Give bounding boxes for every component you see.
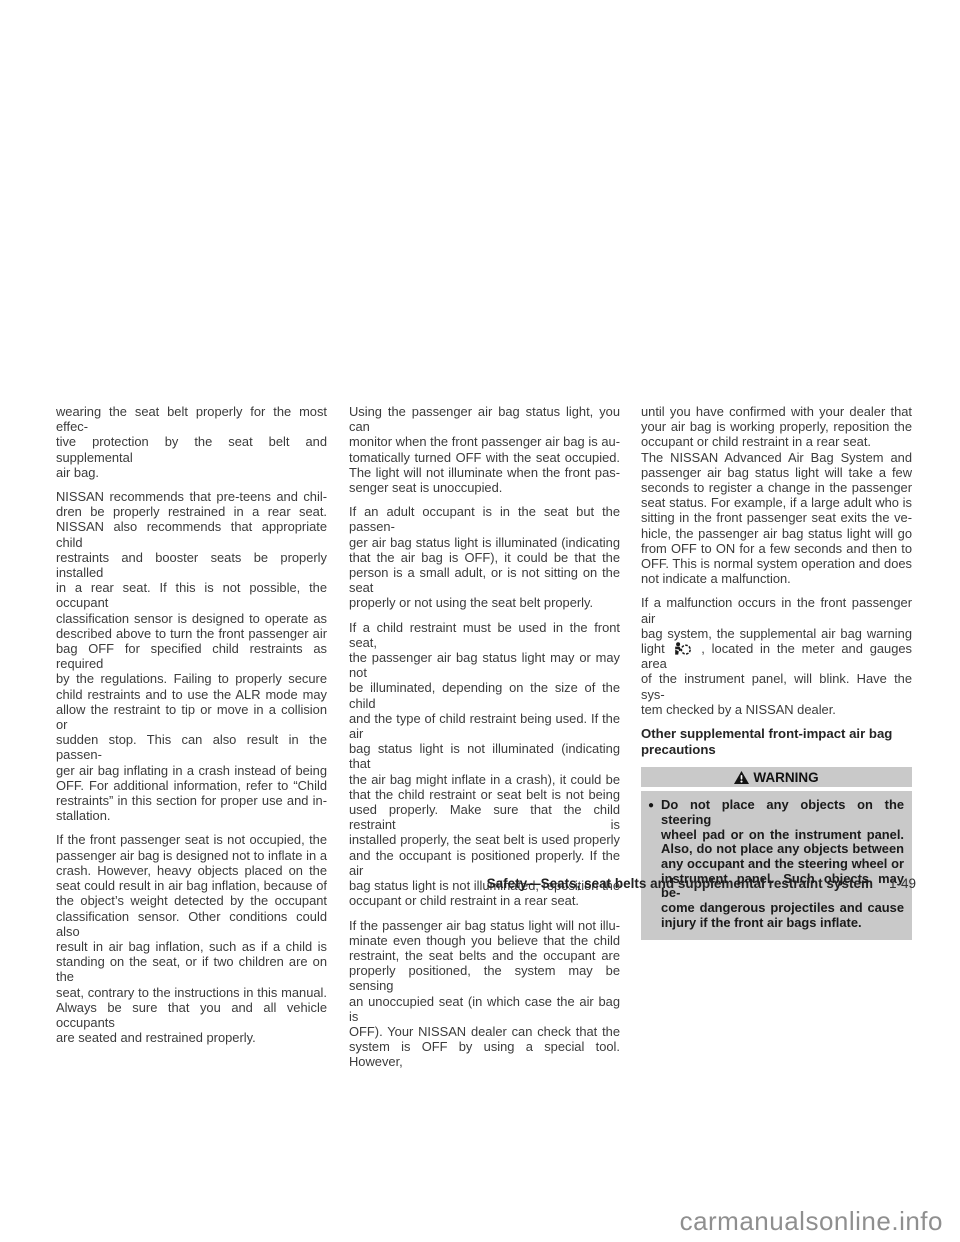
warning-text-line: Also, do not place any objects between: [661, 842, 904, 857]
section-heading: Other supplemental front-impact air bagp…: [641, 726, 912, 757]
paragraph: wearing the seat belt properly for the m…: [56, 404, 327, 480]
text-line: and the occupant is positioned properly.…: [349, 848, 620, 878]
text-line: senger seat is unoccupied.: [349, 480, 620, 495]
warning-text-line: any occupant and the steering wheel or: [661, 857, 904, 872]
text-line: seat status. For example, if a large adu…: [641, 495, 912, 510]
warning-triangle-icon: [734, 771, 749, 784]
text-line: the object’s weight detected by the occu…: [56, 893, 327, 908]
text-line: wearing the seat belt properly for the m…: [56, 404, 327, 434]
text-line: the passenger air bag status light may o…: [349, 650, 620, 680]
page-footer: Safety—Seats, seat belts and supplementa…: [0, 876, 916, 891]
warning-header: WARNING: [641, 767, 912, 787]
paragraph: Using the passenger air bag status light…: [349, 404, 620, 495]
text-line: restraints and booster seats be properly…: [56, 550, 327, 580]
text-line: used properly. Make sure that the child …: [349, 802, 620, 832]
text-line: that the air bag is OFF), it could be th…: [349, 550, 620, 565]
bullet-icon: ●: [648, 798, 654, 930]
text-line: tomatically turned OFF with the seat occ…: [349, 450, 620, 465]
text-line: properly or not using the seat belt prop…: [349, 595, 620, 610]
text-line: an unoccupied seat (in which case the ai…: [349, 994, 620, 1024]
text-line: classification sensor is designed to ope…: [56, 611, 327, 626]
text-line: ger air bag status light is illuminated …: [349, 535, 620, 550]
column-2: Using the passenger air bag status light…: [349, 404, 620, 1079]
text-line: be illuminated, depending on the size of…: [349, 680, 620, 710]
text-line: not indicate a malfunction.: [641, 571, 912, 586]
warning-text-line: injury if the front air bags inflate.: [661, 916, 904, 931]
text-line: light , located in the meter and gauges …: [641, 641, 912, 671]
text-line: are seated and restrained properly.: [56, 1030, 327, 1045]
text-line: If the front passenger seat is not occup…: [56, 832, 327, 847]
text-line: result in air bag inflation, such as if …: [56, 939, 327, 954]
text-line: passenger air bag is designed not to inf…: [56, 848, 327, 863]
text-line: passenger air bag status light will take…: [641, 465, 912, 480]
text-line: precautions: [641, 742, 912, 758]
text-line: seat, contrary to the instructions in th…: [56, 985, 327, 1000]
text-line: dren be properly restrained in a rear se…: [56, 504, 327, 519]
text-line: If the passenger air bag status light wi…: [349, 918, 620, 933]
text-line: child restraints and to use the ALR mode…: [56, 687, 327, 702]
text-line: OFF. This is normal system operation and…: [641, 556, 912, 571]
warning-text-line: come dangerous projectiles and cause: [661, 901, 904, 916]
text-line: sudden stop. This can also result in the…: [56, 732, 327, 762]
text-line: sitting in the front passenger seat exit…: [641, 510, 912, 525]
footer-page-number: 1-49: [889, 876, 916, 891]
text-line: classification sensor. Other conditions …: [56, 909, 327, 939]
text-line: bag system, the supplemental air bag war…: [641, 626, 912, 641]
text-line: allow the restraint to tip or move in a …: [56, 702, 327, 732]
text-line: installed properly, the seat belt is use…: [349, 832, 620, 847]
warning-box: WARNING●Do not place any objects on the …: [641, 767, 912, 939]
text-line: restraints” in this section for proper u…: [56, 793, 327, 808]
paragraph: If a malfunction occurs in the front pas…: [641, 595, 912, 717]
warning-text-line: Do not place any objects on the steering: [661, 798, 904, 827]
text-line: OFF. For additional information, refer t…: [56, 778, 327, 793]
text-line: If an adult occupant is in the seat but …: [349, 504, 620, 534]
text-line: the air bag might inflate in a crash), i…: [349, 772, 620, 787]
text-line: of the instrument panel, will blink. Hav…: [641, 671, 912, 701]
warning-bullet-item: ●Do not place any objects on the steerin…: [641, 791, 912, 939]
warning-bullet-text: Do not place any objects on the steering…: [661, 798, 904, 930]
text-line: monitor when the front passenger air bag…: [349, 434, 620, 449]
text-line: your air bag is working properly, reposi…: [641, 419, 912, 434]
text-line: ger air bag inflating in a crash instead…: [56, 763, 327, 778]
text-line: The light will not illuminate when the f…: [349, 465, 620, 480]
paragraph: If the front passenger seat is not occup…: [56, 832, 327, 1045]
warning-title: WARNING: [753, 770, 818, 785]
text-line: air bag.: [56, 465, 327, 480]
warning-text-line: wheel pad or on the instrument panel.: [661, 828, 904, 843]
text-line: that the child restraint or seat belt is…: [349, 787, 620, 802]
paragraph: If a child restraint must be used in the…: [349, 620, 620, 909]
text-line: stallation.: [56, 808, 327, 823]
text-line: Other supplemental front-impact air bag: [641, 726, 912, 742]
text-line: The NISSAN Advanced Air Bag System and: [641, 450, 912, 465]
text-line: OFF). Your NISSAN dealer can check that …: [349, 1024, 620, 1039]
text-line: occupant or child restraint in a rear se…: [349, 893, 620, 908]
text-line: tive protection by the seat belt and sup…: [56, 434, 327, 464]
text-line: seconds to register a change in the pass…: [641, 480, 912, 495]
text-line: tem checked by a NISSAN dealer.: [641, 702, 912, 717]
paragraph: If an adult occupant is in the seat but …: [349, 504, 620, 610]
text-line: described above to turn the front passen…: [56, 626, 327, 641]
text-line: in a rear seat. If this is not possible,…: [56, 580, 327, 610]
text-line: Using the passenger air bag status light…: [349, 404, 620, 434]
footer-section-title: Safety—Seats, seat belts and supplementa…: [487, 876, 873, 891]
text-line: If a child restraint must be used in the…: [349, 620, 620, 650]
text-line: occupant or child restraint in a rear se…: [641, 434, 912, 449]
text-line: If a malfunction occurs in the front pas…: [641, 595, 912, 625]
paragraph: until you have confirmed with your deale…: [641, 404, 912, 450]
text-line: NISSAN recommends that pre-teens and chi…: [56, 489, 327, 504]
text-line: NISSAN also recommends that appropriate …: [56, 519, 327, 549]
text-line: Always be sure that you and all vehicle …: [56, 1000, 327, 1030]
text-line: restraint, the seat belts and the occupa…: [349, 948, 620, 963]
text-line: properly positioned, the system may be s…: [349, 963, 620, 993]
paragraph: If the passenger air bag status light wi…: [349, 918, 620, 1070]
paragraph: NISSAN recommends that pre-teens and chi…: [56, 489, 327, 823]
manual-page: { "document": { "columns": [ { "blocks":…: [0, 0, 960, 1242]
text-line: system is OFF by using a special tool. H…: [349, 1039, 620, 1069]
text-line: standing on the seat, or if two children…: [56, 954, 327, 984]
column-3: until you have confirmed with your deale…: [641, 404, 912, 940]
text-line: person is a small adult, or is not sitti…: [349, 565, 620, 595]
column-1: wearing the seat belt properly for the m…: [56, 404, 327, 1054]
text-line: hicle, the passenger air bag status ligh…: [641, 526, 912, 541]
text-line: minate even though you believe that the …: [349, 933, 620, 948]
watermark: carmanualsonline.info: [680, 1206, 943, 1237]
text-line: bag OFF for specified child restraints a…: [56, 641, 327, 671]
text-line: until you have confirmed with your deale…: [641, 404, 912, 419]
paragraph: The NISSAN Advanced Air Bag System andpa…: [641, 450, 912, 587]
text-line: and the type of child restraint being us…: [349, 711, 620, 741]
text-line: from OFF to ON for a few seconds and the…: [641, 541, 912, 556]
airbag-warning-light-icon: [674, 642, 691, 655]
text-line: by the regulations. Failing to properly …: [56, 671, 327, 686]
text-line: bag status light is not illuminated (ind…: [349, 741, 620, 771]
